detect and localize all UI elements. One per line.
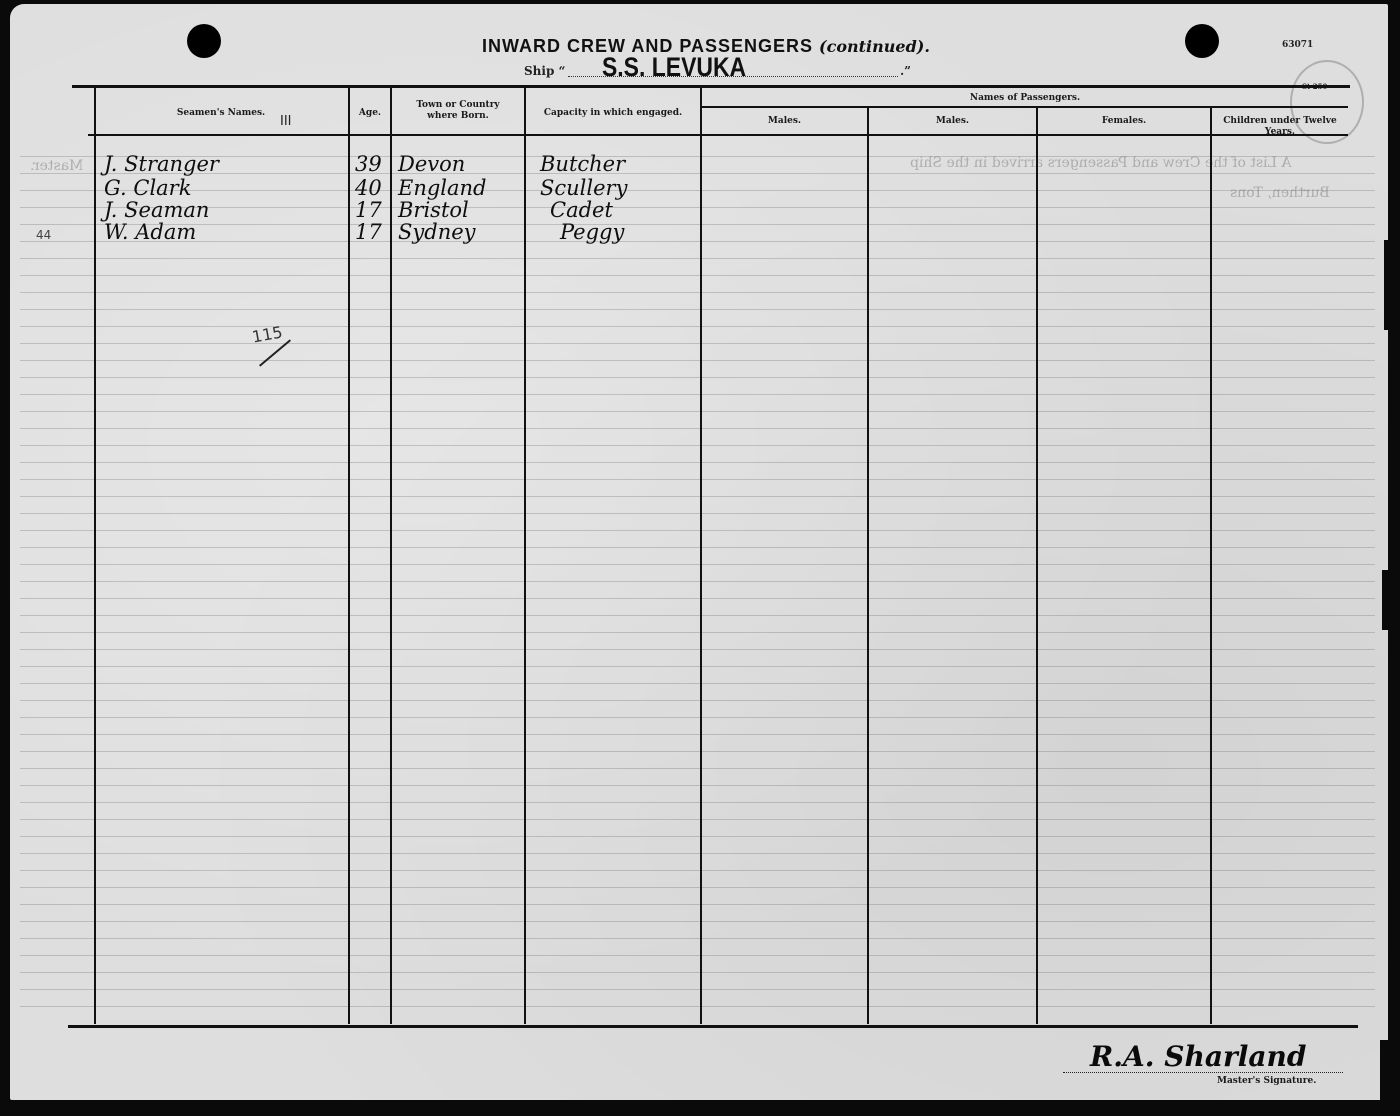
title-suffix: (continued). [819,37,930,56]
column-divider [867,107,869,1024]
bleed-through-text: Master. [30,158,83,174]
crew-name: G. Clark [104,176,191,200]
column-divider [700,88,702,1024]
header-birthplace-line2: where Born. [392,111,524,122]
crew-birthplace: Devon [398,152,465,176]
crew-birthplace: Bristol [398,198,469,222]
signature-line [1063,1072,1343,1073]
crew-capacity: Scullery [540,176,627,200]
header-annotation: III [280,114,292,129]
crew-birthplace: England [398,176,487,200]
table-top-border [72,85,1350,88]
header-males-2: Males. [869,116,1036,127]
passenger-subheader-line [700,106,1348,108]
header-males-1: Males. [702,116,867,127]
punch-hole-left [187,24,221,58]
crew-capacity: Cadet [550,198,613,222]
header-capacity: Capacity in which engaged. [526,108,700,119]
column-divider [390,88,392,1024]
crew-age: 39 [355,152,382,176]
column-divider [1210,107,1212,1024]
torn-edge [1380,1040,1400,1116]
header-age: Age. [350,108,390,119]
ship-label: Ship “ [524,64,565,78]
form-number: 63071 [1282,40,1313,50]
torn-edge [1382,570,1400,630]
crew-name: J. Stranger [104,152,219,176]
ruled-lines [20,140,1375,1020]
bleed-through-text: Burthen, Tons [1230,185,1330,201]
column-divider [524,88,526,1024]
crew-age: 17 [355,198,382,222]
header-children: Children under Twelve Years. [1212,116,1348,138]
header-birthplace: Town or Country where Born. [392,100,524,122]
crew-capacity: Peggy [560,220,624,244]
torn-edge [1384,240,1400,330]
crew-birthplace: Sydney [398,220,476,244]
crew-name: J. Seaman [104,198,209,222]
margin-note: 44 [36,228,51,242]
column-divider [348,88,350,1024]
column-divider [1036,107,1038,1024]
ship-name-stamp: S.S. LEVUKA [602,52,746,83]
header-seamen-names: Seamen's Names. [96,108,346,119]
header-females: Females. [1038,116,1210,127]
column-divider [94,88,96,1024]
signature-label: Master's Signature. [1217,1076,1316,1086]
bleed-through-text: A List of the Crew and Passengers arrive… [910,155,1292,171]
crew-age: 40 [355,176,382,200]
header-passengers-group: Names of Passengers. [702,93,1348,104]
header-birthplace-line1: Town or Country [392,100,524,111]
crew-age: 17 [355,220,382,244]
table-bottom-border [68,1025,1358,1028]
crew-capacity: Butcher [540,152,625,176]
header-bottom-border [88,134,1348,136]
punch-hole-right [1185,24,1219,58]
master-signature: R.A. Sharland [1090,1040,1306,1073]
ship-label-close: .” [900,64,911,78]
crew-name: W. Adam [104,220,196,244]
